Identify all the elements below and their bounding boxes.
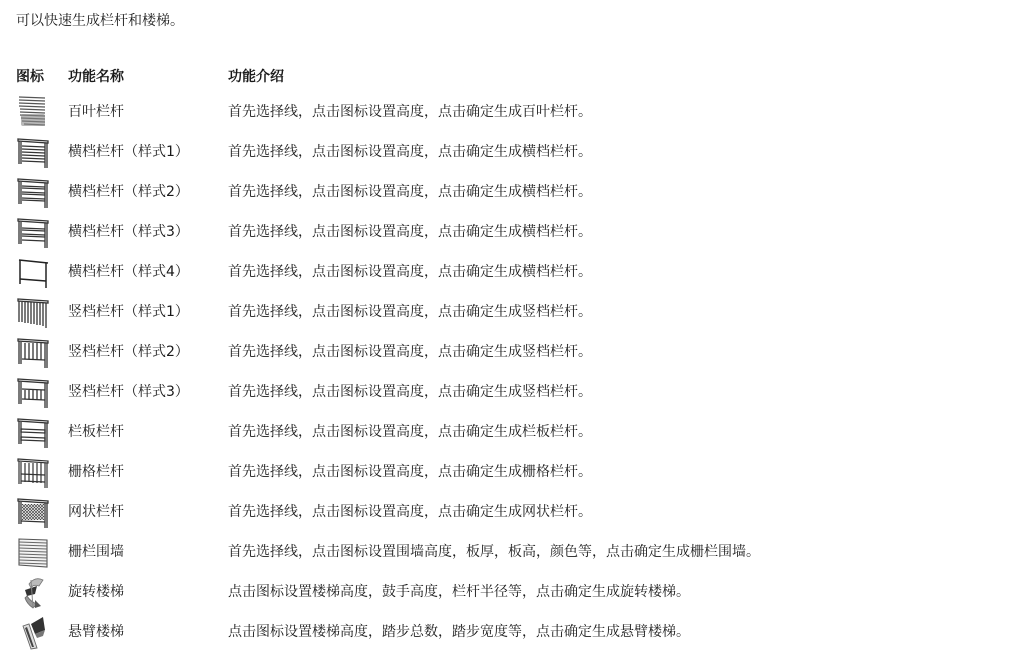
table-row: 横档栏杆（样式3） 首先选择线，点击图标设置高度，点击确定生成横档栏杆。 — [0, 212, 1009, 252]
panel-railing-icon[interactable] — [15, 414, 51, 450]
row-description: 首先选择线，点击图标设置高度，点击确定生成横档栏杆。 — [228, 222, 592, 242]
row-name: 横档栏杆（样式4） — [68, 262, 189, 282]
column-header-description: 功能介绍 — [228, 67, 284, 87]
row-description: 首先选择线，点击图标设置高度，点击确定生成横档栏杆。 — [228, 142, 592, 162]
intro-text: 可以快速生成栏杆和楼梯。 — [16, 11, 184, 31]
table-row: 横档栏杆（样式2） 首先选择线，点击图标设置高度，点击确定生成横档栏杆。 — [0, 172, 1009, 212]
table-row: 百叶栏杆 首先选择线，点击图标设置高度，点击确定生成百叶栏杆。 — [0, 92, 1009, 132]
vertical-railing-2-icon[interactable] — [15, 334, 51, 370]
table-row: 悬臂楼梯 点击图标设置楼梯高度，踏步总数，踏步宽度等，点击确定生成悬臂楼梯。 — [0, 612, 1009, 652]
row-name: 旋转楼梯 — [68, 582, 124, 602]
table-row: 栅格栏杆 首先选择线，点击图标设置高度，点击确定生成栅格栏杆。 — [0, 452, 1009, 492]
row-description: 首先选择线，点击图标设置高度，点击确定生成网状栏杆。 — [228, 502, 592, 522]
horizontal-railing-1-icon[interactable] — [15, 134, 51, 170]
row-description: 首先选择线，点击图标设置高度，点击确定生成横档栏杆。 — [228, 262, 592, 282]
table-row: 栅栏围墙 首先选择线，点击图标设置围墙高度，板厚，板高，颜色等，点击确定生成栅栏… — [0, 532, 1009, 572]
row-description: 点击图标设置楼梯高度，踏步总数，踏步宽度等，点击确定生成悬臂楼梯。 — [228, 622, 690, 642]
horizontal-railing-2-icon[interactable] — [15, 174, 51, 210]
column-header-icon: 图标 — [16, 67, 44, 87]
row-name: 横档栏杆（样式2） — [68, 182, 189, 202]
horizontal-railing-4-icon[interactable] — [15, 254, 51, 290]
row-name: 栏板栏杆 — [68, 422, 124, 442]
row-name: 横档栏杆（样式1） — [68, 142, 189, 162]
row-description: 首先选择线，点击图标设置高度，点击确定生成百叶栏杆。 — [228, 102, 592, 122]
row-name: 网状栏杆 — [68, 502, 124, 522]
column-header-name: 功能名称 — [68, 67, 124, 87]
row-description: 首先选择线，点击图标设置高度，点击确定生成竖档栏杆。 — [228, 382, 592, 402]
row-name: 百叶栏杆 — [68, 102, 124, 122]
vertical-railing-1-icon[interactable] — [15, 294, 51, 330]
table-row: 竖档栏杆（样式3） 首先选择线，点击图标设置高度，点击确定生成竖档栏杆。 — [0, 372, 1009, 412]
row-name: 栅栏围墙 — [68, 542, 124, 562]
louver-railing-icon[interactable] — [15, 94, 51, 130]
row-name: 竖档栏杆（样式1） — [68, 302, 189, 322]
table-row: 栏板栏杆 首先选择线，点击图标设置高度，点击确定生成栏板栏杆。 — [0, 412, 1009, 452]
spiral-stair-icon[interactable] — [15, 574, 51, 610]
grid-railing-icon[interactable] — [15, 454, 51, 490]
fence-wall-icon[interactable] — [15, 534, 51, 570]
table-row: 网状栏杆 首先选择线，点击图标设置高度，点击确定生成网状栏杆。 — [0, 492, 1009, 532]
row-description: 首先选择线，点击图标设置高度，点击确定生成栏板栏杆。 — [228, 422, 592, 442]
row-description: 点击图标设置楼梯高度，鼓手高度，栏杆半径等，点击确定生成旋转楼梯。 — [228, 582, 690, 602]
row-name: 横档栏杆（样式3） — [68, 222, 189, 242]
cantilever-stair-icon[interactable] — [15, 614, 51, 650]
row-description: 首先选择线，点击图标设置围墙高度，板厚，板高，颜色等，点击确定生成栅栏围墙。 — [228, 542, 760, 562]
row-description: 首先选择线，点击图标设置高度，点击确定生成竖档栏杆。 — [228, 342, 592, 362]
horizontal-railing-3-icon[interactable] — [15, 214, 51, 250]
row-name: 竖档栏杆（样式2） — [68, 342, 189, 362]
mesh-railing-icon[interactable] — [15, 494, 51, 530]
table-row: 竖档栏杆（样式2） 首先选择线，点击图标设置高度，点击确定生成竖档栏杆。 — [0, 332, 1009, 372]
row-name: 悬臂楼梯 — [68, 622, 124, 642]
table-row: 旋转楼梯 点击图标设置楼梯高度，鼓手高度，栏杆半径等，点击确定生成旋转楼梯。 — [0, 572, 1009, 612]
table-row: 横档栏杆（样式1） 首先选择线，点击图标设置高度，点击确定生成横档栏杆。 — [0, 132, 1009, 172]
table-row: 横档栏杆（样式4） 首先选择线，点击图标设置高度，点击确定生成横档栏杆。 — [0, 252, 1009, 292]
row-description: 首先选择线，点击图标设置高度，点击确定生成栅格栏杆。 — [228, 462, 592, 482]
vertical-railing-3-icon[interactable] — [15, 374, 51, 410]
row-name: 竖档栏杆（样式3） — [68, 382, 189, 402]
table-row: 竖档栏杆（样式1） 首先选择线，点击图标设置高度，点击确定生成竖档栏杆。 — [0, 292, 1009, 332]
row-description: 首先选择线，点击图标设置高度，点击确定生成竖档栏杆。 — [228, 302, 592, 322]
row-description: 首先选择线，点击图标设置高度，点击确定生成横档栏杆。 — [228, 182, 592, 202]
row-name: 栅格栏杆 — [68, 462, 124, 482]
